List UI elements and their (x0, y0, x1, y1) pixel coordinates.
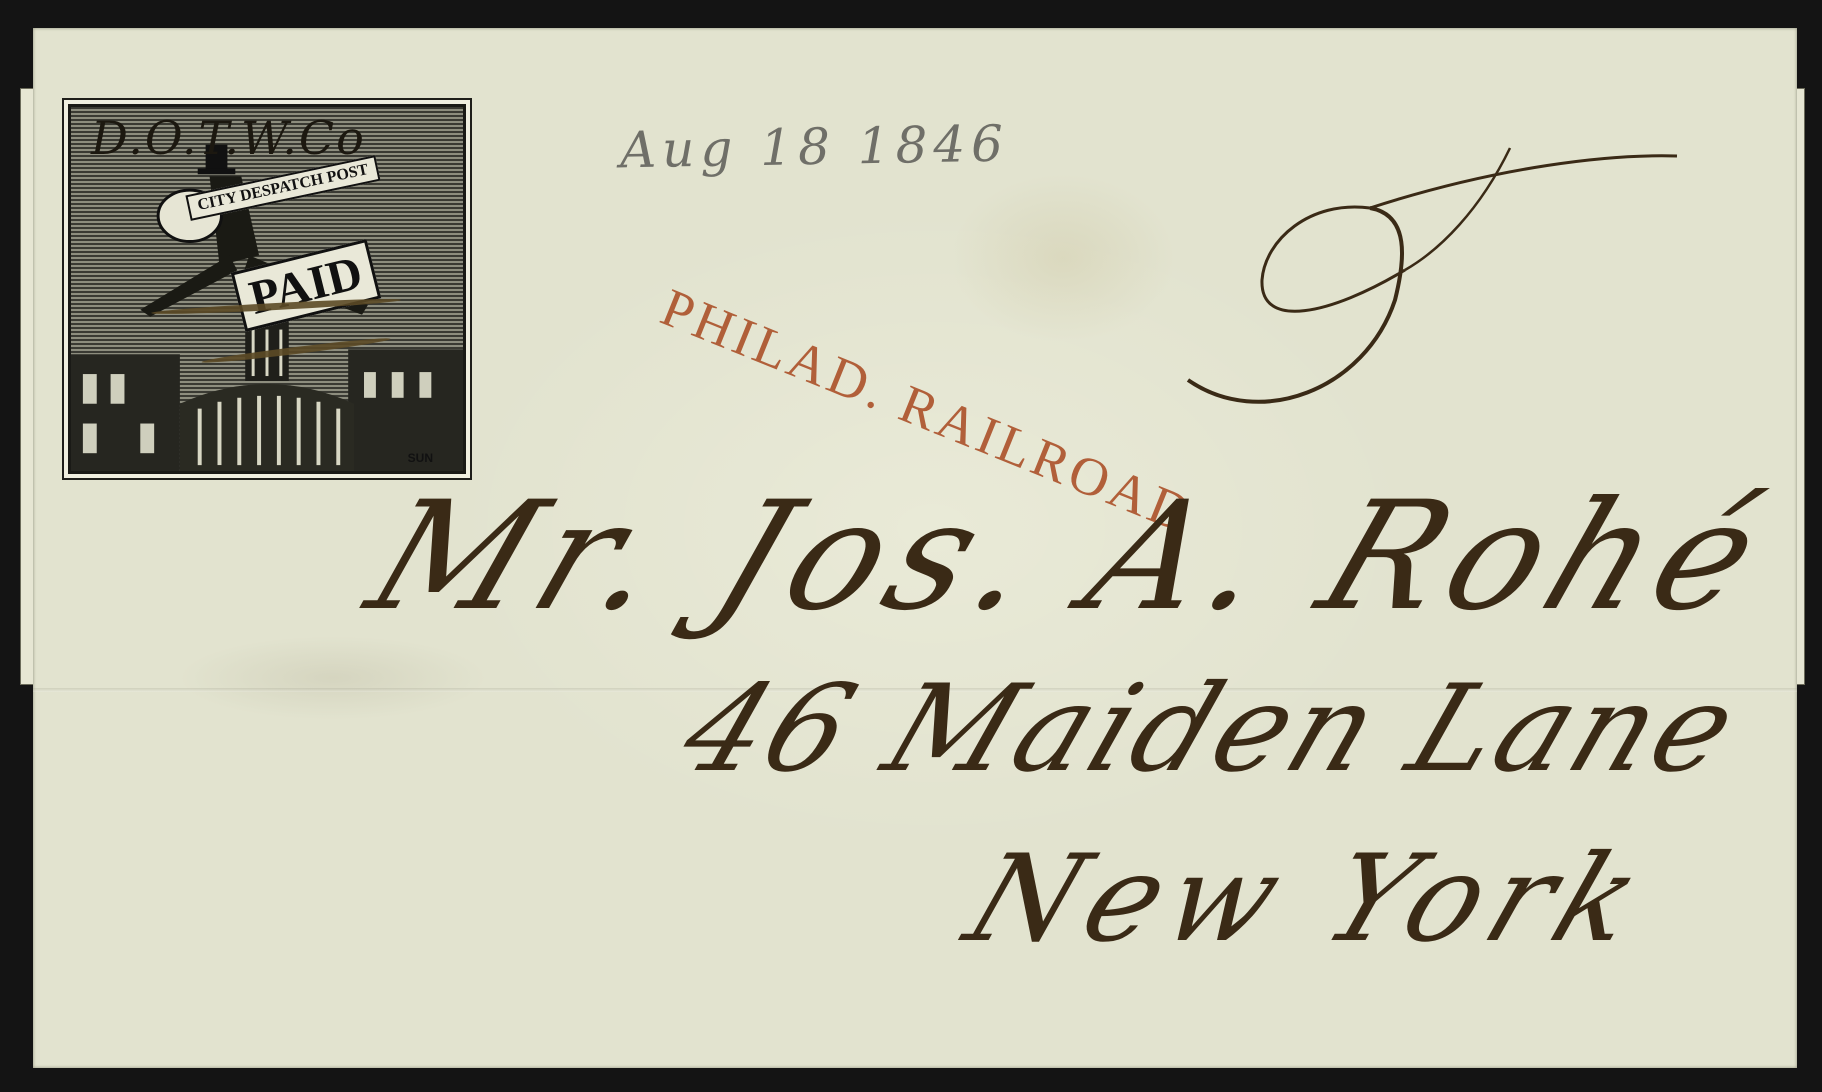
stamp-engraving: D.O.T.W.Co CITY DESPATCH POST PAID SUN (68, 104, 466, 474)
rate-marking-9-icon (1180, 130, 1740, 450)
address-line-city: New York (950, 830, 1669, 969)
stamp-manuscript-cancel: D.O.T.W.Co (91, 111, 366, 165)
city-despatch-post-stamp: D.O.T.W.Co CITY DESPATCH POST PAID SUN (62, 98, 472, 480)
address-line-street: 46 Maiden Lane (665, 660, 1758, 799)
pencil-date-note: Aug 18 1846 (620, 115, 1010, 180)
stamp-imprint: SUN (408, 451, 433, 465)
address-line-recipient: Mr. Jos. A. Rohé (348, 470, 1791, 644)
